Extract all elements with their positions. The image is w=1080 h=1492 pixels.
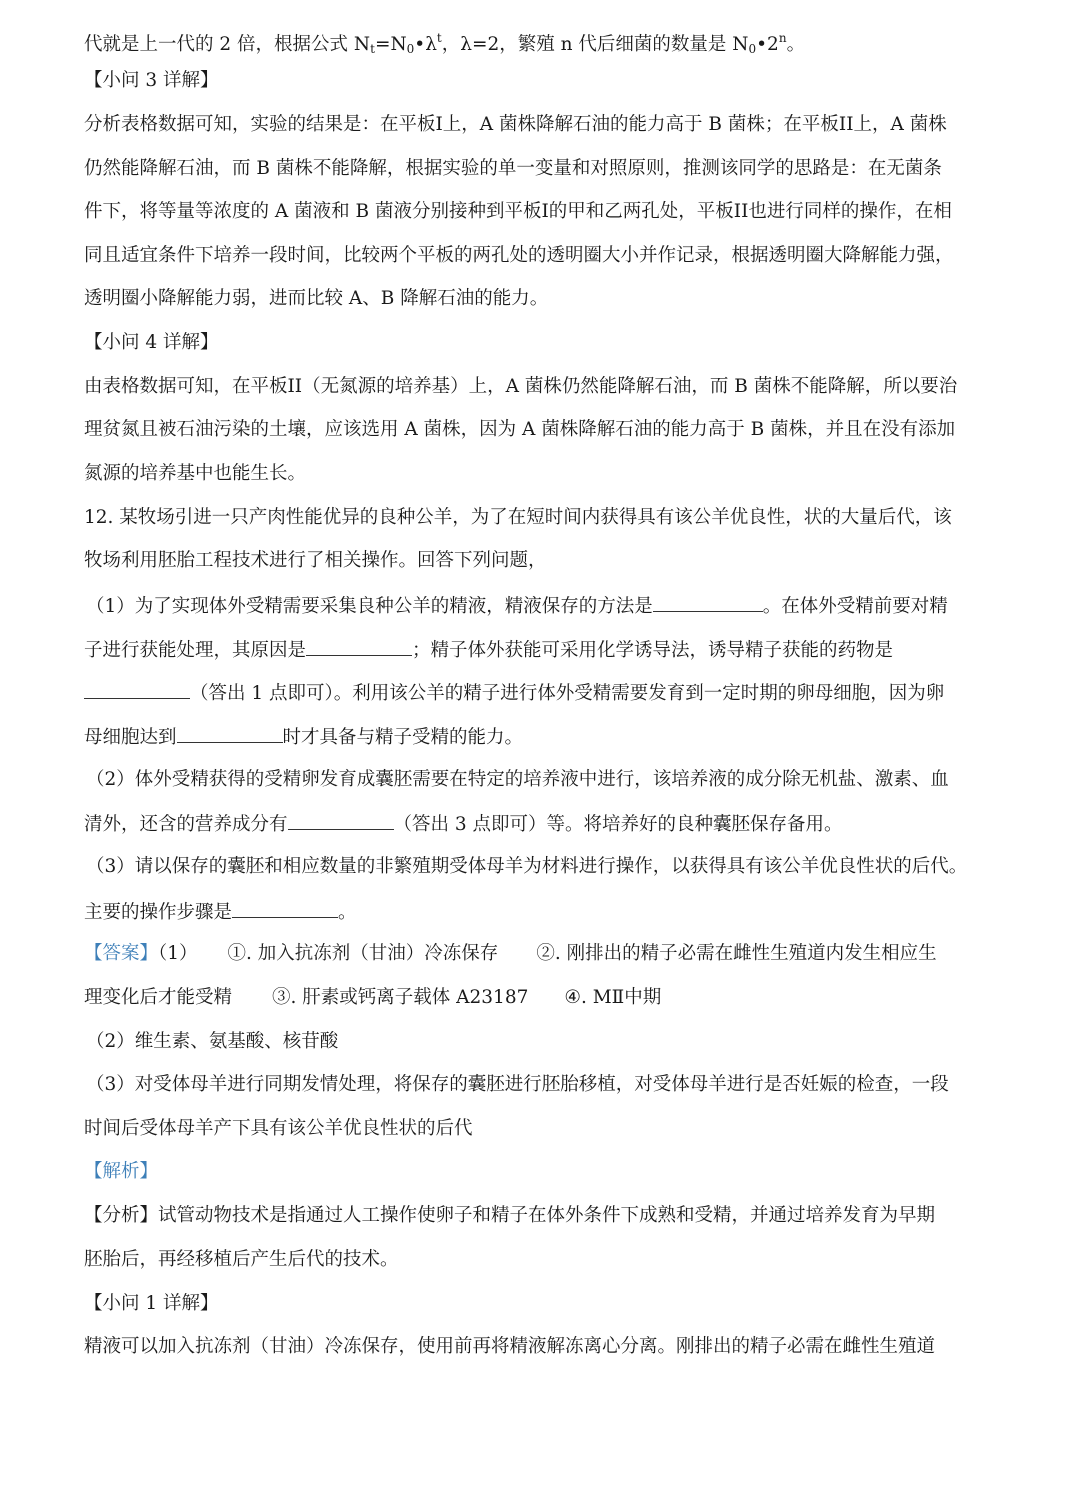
- answer-label: 【答案】: [84, 943, 158, 964]
- paragraph-line: 仍然能降解石油，而 B 菌株不能降解，根据实验的单一变量和对照原则，推测该同学的…: [84, 157, 942, 181]
- paragraph-line: 代就是上一代的 2 倍，根据公式 Nt=N0•λt，λ=2，繁殖 n 代后细菌的…: [84, 26, 805, 50]
- answer-item: ④. MⅡ中期: [564, 987, 661, 1008]
- answer-item: 理变化后才能受精: [84, 987, 232, 1008]
- text: ；精子体外获能可采用化学诱导法，诱导精子获能的药物是: [412, 640, 893, 661]
- section-heading: 【小问 4 详解】: [84, 331, 219, 355]
- answer-line: 理变化后才能受精③. 肝素或钙离子载体 A23187④. MⅡ中期: [84, 986, 661, 1010]
- paragraph-line: 件下，将等量等浓度的 A 菌液和 B 菌液分别接种到平板I的甲和乙两孔处，平板I…: [84, 200, 952, 224]
- answer-line: 【答案】（1）①. 加入抗冻剂（甘油）冷冻保存②. 刚排出的精子必需在雌性生殖道…: [84, 942, 937, 966]
- paragraph-line: 分析表格数据可知，实验的结果是：在平板I上，A 菌株降解石油的能力高于 B 菌株…: [84, 113, 947, 137]
- answer-blank[interactable]: [177, 724, 283, 743]
- question-stem-line: 12. 某牧场引进一只产肉性能优异的良种公羊，为了在短时间内获得具有该公羊优良性…: [84, 506, 952, 530]
- text: 代就是上一代的 2 倍，根据公式 N: [84, 34, 370, 55]
- text: 。: [338, 902, 357, 923]
- analysis-label: 【解析】: [84, 1160, 158, 1184]
- text: 母细胞达到: [84, 727, 177, 748]
- text: ，λ=2，繁殖 n 代后细菌的数量是 N: [442, 34, 749, 55]
- text: （1）: [158, 943, 198, 964]
- text: =N: [375, 34, 407, 55]
- paragraph-line: 由表格数据可知，在平板II（无氮源的培养基）上，A 菌株仍然能降解石油，而 B …: [84, 375, 957, 399]
- text: 主要的操作步骤是: [84, 902, 232, 923]
- paragraph-line: 氮源的培养基中也能生长。: [84, 462, 306, 486]
- answer-line: （3）对受体母羊进行同期发情处理，将保存的囊胚进行胚胎移植，对受体母羊进行是否妊…: [86, 1073, 949, 1097]
- answer-item: ①. 加入抗冻剂（甘油）冷冻保存: [228, 943, 499, 964]
- part2-line: （2）体外受精获得的受精卵发育成囊胚需要在特定的培养液中进行，该培养液的成分除无…: [86, 768, 949, 792]
- answer-item: ③. 肝素或钙离子载体 A23187: [272, 987, 528, 1008]
- text: 时才具备与精子受精的能力。: [283, 727, 524, 748]
- paragraph-line: 精液可以加入抗冻剂（甘油）冷冻保存，使用前再将精液解冻离心分离。刚排出的精子必需…: [84, 1335, 935, 1359]
- answer-blank[interactable]: [84, 680, 190, 699]
- paragraph-line: 胚胎后，再经移植后产生后代的技术。: [84, 1248, 399, 1272]
- answer-line: 时间后受体母羊产下具有该公羊优良性状的后代: [84, 1117, 473, 1141]
- text: 子进行获能处理，其原因是: [84, 640, 306, 661]
- part1-line: 母细胞达到时才具备与精子受精的能力。: [84, 724, 523, 748]
- answer-blank[interactable]: [232, 899, 338, 918]
- paragraph-line: 理贫氮且被石油污染的土壤，应该选用 A 菌株，因为 A 菌株降解石油的能力高于 …: [84, 418, 955, 442]
- paragraph-line: 【分析】试管动物技术是指通过人工操作使卵子和精子在体外条件下成熟和受精，并通过培…: [84, 1204, 935, 1228]
- text: （1）为了实现体外受精需要采集良种公羊的精液，精液保存的方法是: [86, 596, 653, 617]
- answer-item: ②. 刚排出的精子必需在雌性生殖道内发生相应生: [536, 943, 936, 964]
- part3-line: 主要的操作步骤是。: [84, 899, 357, 923]
- paragraph-line: 同且适宜条件下培养一段时间，比较两个平板的两孔处的透明圈大小并作记录，根据透明圈…: [84, 244, 954, 268]
- answer-blank[interactable]: [288, 811, 394, 830]
- part3-line: （3）请以保存的囊胚和相应数量的非繁殖期受体母羊为材料进行操作，以获得具有该公羊…: [86, 855, 967, 879]
- text: •λ: [414, 34, 437, 55]
- section-heading: 【小问 3 详解】: [84, 69, 219, 93]
- subscript: 0: [749, 42, 757, 56]
- paragraph-line: 透明圈小降解能力弱，进而比较 A、B 降解石油的能力。: [84, 287, 548, 311]
- answer-blank[interactable]: [653, 593, 763, 612]
- text: 。: [787, 34, 806, 55]
- text: •2: [756, 34, 779, 55]
- part1-line: 子进行获能处理，其原因是；精子体外获能可采用化学诱导法，诱导精子获能的药物是: [84, 637, 893, 661]
- part2-line: 清外，还含的营养成分有（答出 3 点即可）等。将培养好的良种囊胚保存备用。: [84, 811, 843, 835]
- text: （答出 3 点即可）等。将培养好的良种囊胚保存备用。: [394, 814, 843, 835]
- section-heading: 【小问 1 详解】: [84, 1292, 219, 1316]
- part1-line: （1）为了实现体外受精需要采集良种公羊的精液，精液保存的方法是。在体外受精前要对…: [86, 593, 948, 617]
- text: 清外，还含的营养成分有: [84, 814, 288, 835]
- question-stem-line: 牧场利用胚胎工程技术进行了相关操作。回答下列问题，: [84, 549, 547, 573]
- part1-line: （答出 1 点即可）。利用该公羊的精子进行体外受精需要发育到一定时期的卵母细胞，…: [84, 680, 944, 704]
- text: （答出 1 点即可）。利用该公羊的精子进行体外受精需要发育到一定时期的卵母细胞，…: [190, 683, 944, 704]
- answer-line: （2）维生素、氨基酸、核苷酸: [86, 1030, 338, 1054]
- answer-blank[interactable]: [306, 637, 412, 656]
- text: 。在体外受精前要对精: [763, 596, 948, 617]
- superscript: n: [779, 31, 787, 45]
